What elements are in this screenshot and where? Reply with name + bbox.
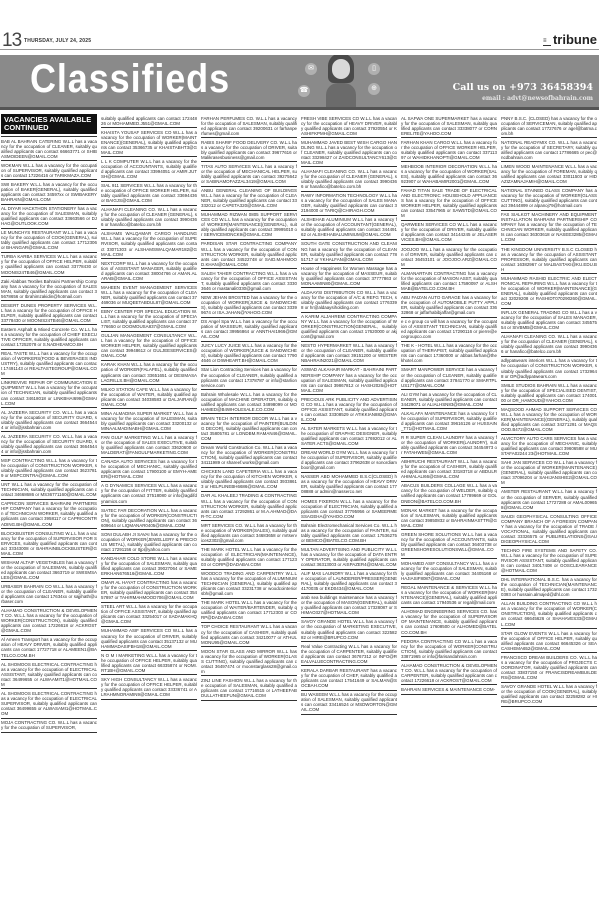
logo-text: tribune xyxy=(553,32,597,47)
classified-ad: ABHIRUCHI RESTAURANT W.L.L has a vacancy… xyxy=(401,457,497,481)
classified-ad: SWI BAKERY W.L.L has a vacancy for the o… xyxy=(1,179,97,203)
classified-ad: RABIS SHARIF FOOD DELIVERY CO. W.L.L has… xyxy=(201,137,297,161)
classified-ad: PRECIOUS ARK PUBLICITY AND ADVERTISING C… xyxy=(301,394,397,423)
classified-ad: NASSER ABD MOHAMMED B.S.C(CLOSED) has a … xyxy=(301,472,397,496)
call-number: Call us on +973 36458394 xyxy=(453,82,593,93)
classified-ad: TECHNO FIRE SYSTEMS AND SAFETY CO. W.L.L… xyxy=(501,545,597,574)
column-divider xyxy=(301,714,397,715)
classified-ad: SKY HIGH CONSULTANCY W.L.L has a vacancy… xyxy=(101,674,197,698)
classified-ad: REAL TASTE W.L.L has a vacancy for the o… xyxy=(1,349,97,378)
newspaper-logo: ≡tribune xyxy=(543,32,597,47)
classified-ad: ALKALAFA MAINTENANCE has a vacancy for t… xyxy=(401,408,497,432)
classified-ad: NESTO HYPERMARKET W.L.L has a vacancy fo… xyxy=(301,341,397,365)
classified-ad: TURBA KARBA SERVICES W.L.L has a vacancy… xyxy=(1,252,97,276)
classified-ad: ALLAN BUILDING CONTRACTING CO W.L.L has … xyxy=(501,599,597,628)
classified-ad: MOON STAR GLASS AND MIRROR W.L.L has a v… xyxy=(201,646,297,675)
classified-ad: LE MUNCHYS RESTAURANT W.L.L has a vacanc… xyxy=(1,228,97,252)
classified-ad: AMSTER RESTAURANT W.L.L has a vacancy fo… xyxy=(501,487,597,511)
classified-column: AL SAFWA ONE SUPERMARKET has a vacancy f… xyxy=(400,114,498,900)
classified-ad: AL DIYAR HACKTHON STATIONERY has a vacan… xyxy=(1,204,97,228)
column-divider xyxy=(101,699,197,700)
mascot-illustration xyxy=(316,55,366,110)
classified-ad: AL JAZEERA SECURITY CO. W.L.L has a vaca… xyxy=(1,431,97,455)
classified-ad: BU WASEEM W.L.L has a vacancy for the oc… xyxy=(301,690,397,714)
column-divider xyxy=(201,700,297,701)
classified-ad: DHL INTERNATIONAL B.S.C. has a vacancy f… xyxy=(501,575,597,599)
globe-icon: ⊕ xyxy=(368,83,380,95)
column-divider xyxy=(401,694,497,695)
classified-ad: INFLUX GENERAL TRADING CO W.L.L has a va… xyxy=(501,308,597,332)
classified-ad: NATIONAL READYMIX CO. W.L.L has a vacanc… xyxy=(501,137,597,161)
classified-ad: Zaki Alabbas Textiles Bahraini Partnersh… xyxy=(1,276,97,300)
classified-ad: LINKREVIVE REPAIR OF COMMUNICATION EQUIP… xyxy=(1,378,97,407)
classified-ad: EBNY CENTER FOR SPECIAL EDUCATION W.L.L … xyxy=(101,307,197,331)
issue-date: THURSDAY, JULY 24, 2025 xyxy=(24,38,91,44)
classified-ad: PARDISAN STAR CONTRACTING COMPANY W.L.L … xyxy=(201,239,297,268)
classified-column: PNNY B.S.C. (CLOSED) has a vacancy for t… xyxy=(500,114,598,900)
classified-ad: REGAL MAINTENANCE & SERVICES W.L.L has a… xyxy=(401,583,497,607)
classified-ad: UNT W.L.L has a vacancy for the occupati… xyxy=(1,480,97,499)
classified-ad: AL SATER MARKETS W.L.L has a vacancy for… xyxy=(301,423,397,447)
classified-ad: MONAK MARKET has a vacancy for the occup… xyxy=(401,505,497,529)
classified-ad: KANDAHAR COLD STORE W.L.L has a vacancy … xyxy=(101,553,197,577)
classified-ad: LIMEN WOOD MAINTENANCE W.L.L has a vacan… xyxy=(501,161,597,185)
classified-ad: KERALA DARBAR RESTAURANT has a vacancy f… xyxy=(301,665,397,689)
classified-ad: THE MARK HOTEL W.L.L has a vacancy for t… xyxy=(201,598,297,622)
classified-ad: MAHEEN EVENT MANAGEMENT SERVICES W.L.L h… xyxy=(101,282,197,306)
section-heading: VACANCIES AVAILABLE CONTINUED xyxy=(1,114,97,134)
classified-ad: WOODCO TRADING AND CARPENTRY W.L.L has a… xyxy=(201,569,297,598)
classified-ad: THE KINGDOM UNIVERSITY B.S.C CLOSED has … xyxy=(501,244,597,273)
classified-column: FARHAN PERFUMES CO. W.L.L has a vacancy … xyxy=(200,114,298,900)
classified-ad: THE MARK HOTEL W.L.L has a vacancy for t… xyxy=(201,544,297,568)
classified-ad: THE K - HOTEL W.L.L has a vacancy for th… xyxy=(401,341,497,365)
classified-ad: CAPRICON SERVICES BAHRAINI PARTNERSHIP C… xyxy=(1,499,97,528)
classified-ad: L L K COMPUTER W.L.L has a vacancy for t… xyxy=(101,156,197,180)
classified-ad: ALHAMAD CONSTRUCTION & DEVELOPMENT CO. W… xyxy=(401,660,497,684)
classified-ad: AL SHOMOOS ELECTRICAL CONTRACTING has a … xyxy=(1,659,97,688)
banner-title: Classifieds xyxy=(30,57,230,102)
classified-ad: A G DYNAMICS SERVICES W.L.L has a vacanc… xyxy=(101,481,197,505)
classified-ad: Star Lion Contracting Services has a vac… xyxy=(201,365,297,389)
classified-ad: AL JAZEERA SECURITY CO. W.L.L has a vaca… xyxy=(1,407,97,431)
classified-ad: MILKO STATION CAFE W.L.L has a vacancy f… xyxy=(101,384,197,408)
classified-ad: SIATEC FAR DECORATION W.L.L has a vacanc… xyxy=(101,505,197,529)
classified-ad: QARWEEN SERVICES CO W.L.L has a vacancy … xyxy=(401,220,497,244)
classified-ad: ALDAAYSI DISTRIBUTION CO W.L.L has a vac… xyxy=(301,287,397,311)
classified-ad: NATIONAL STAINED GLASS COMPANY has a vac… xyxy=(501,186,597,210)
classified-ad: MINA ALMADINA SUPER MARKET W.L.L has a v… xyxy=(101,408,197,432)
masthead: 13 THURSDAY, JULY 24, 2025 ≡tribune xyxy=(0,28,599,50)
classified-ad: SIAL 911 SERVICES W.L.L has a vacancy fo… xyxy=(101,181,197,205)
mobile-icon: ▯ xyxy=(368,63,380,75)
classified-ad: FRANCISCO DREAM BUILDERS CO. W.L.L has a… xyxy=(501,652,597,681)
classified-ad: ALMANARTAIN CONTRACTING has a vacancy fo… xyxy=(401,268,497,292)
classified-ad: CANADA AUTO SERVICES has a vacancy for t… xyxy=(101,457,197,481)
classified-ad: MOJA CONTRACTING CO. W.L.L has a vacancy… xyxy=(1,718,97,732)
classified-ad: NEXTCORP W.L.L has a vacancy for the occ… xyxy=(101,258,197,282)
classified-ad: R R SUPER CLEAN LAUNDRY has a vacancy fo… xyxy=(401,432,497,456)
classified-ad: AL SAFWA ONE SUPERMARKET has a vacancy f… xyxy=(401,114,497,137)
classified-ad: ALI GYM has a vacancy for the occupation… xyxy=(401,389,497,408)
classified-ad: STAR GLOW EVENTS W.L.L has a vacancy for… xyxy=(501,628,597,652)
classified-ad: ALHANAFI CLEANING CO. W.L.L has a vacanc… xyxy=(301,166,397,190)
classified-ad: SONI DULABH JI SAVAI has a vacancy for t… xyxy=(101,529,197,553)
classified-ad: TITAS AUTO SERVICES W.L.L has a vacancy … xyxy=(201,161,297,185)
classified-ad: SOUTH GATE CONSTRUCTION AND CLEANING has… xyxy=(301,239,397,263)
classified-ad: BRAIN TECH INTERIOR DECOR W.L.L has a va… xyxy=(201,413,297,442)
classified-ad: ALSHAMS WALQAMAR CARGO HANDLING W.L.L ha… xyxy=(101,229,197,258)
classified-ad: A KARIM ALJAHREMI CONTRACTING COMPANY W.… xyxy=(301,312,397,341)
classified-ad: URBASER BAHRAIN CO W.L.L has a vacancy f… xyxy=(1,581,97,605)
classified-ad: MULTAN ADVERTISING AND PUBLICITY W.L.L h… xyxy=(301,544,397,568)
classified-ad: OMAR AL HAYAT CONTRACTING has a vacancy … xyxy=(101,578,197,602)
classified-ad: BAHRAIN SERVICES & MAINTENANCE COM- xyxy=(401,684,497,693)
classified-ad: CHICKEN LAND CAFETERIA W.L.L has a vacan… xyxy=(201,467,297,491)
classified-columns: VACANCIES AVAILABLE CONTINUEDBAB AL BAHR… xyxy=(0,114,599,900)
classified-ad: BLOCKBUSTER CONSULTING W.L.L has a vacan… xyxy=(1,528,97,557)
contact-email: email : advt@newsofbahrain.com xyxy=(482,95,593,102)
classified-column: FRESH VIBE SERVICES CO W.L.L has a vacan… xyxy=(300,114,398,900)
classified-ad: MUHAMMAD RASHID ELECTRIC AND ELECTRONICA… xyxy=(501,273,597,307)
classified-ad: FAS SIALKOT MACHINERY AND EQUIPMENT INST… xyxy=(501,210,597,244)
classified-ad: MUHAMMAD RIZWAN 0805 SUPPORT SERVICES CO… xyxy=(201,210,297,239)
classified-ad: ALHANAFI CLEANING CO. W.L.L has a vacanc… xyxy=(101,205,197,229)
classified-ad: FARHAN PERFUMES CO. W.L.L has a vacancy … xyxy=(201,114,297,137)
classified-ad: MRT SERVICES CO. W.L.L has a vacancy for… xyxy=(201,520,297,544)
classified-ad: House of Happiness for Women Massage has… xyxy=(301,263,397,287)
classified-ad: WISHAM ALTAIF VEGETABLES has a vacancy f… xyxy=(1,557,97,581)
classified-ad: arab sea buildings maintenance has a vac… xyxy=(301,593,397,617)
classified-ad: ALHANAFI CLEANING CO. W.L.L has a vacanc… xyxy=(501,332,597,356)
classified-column: VACANCIES AVAILABLE CONTINUEDBAB AL BAHR… xyxy=(0,114,98,900)
classified-ad: Bahrain Electromechanical Services Co. W… xyxy=(301,520,397,544)
column-divider xyxy=(1,732,97,733)
classified-ad: DESERT DUNES PROPERTY SERVICES W.L.L has… xyxy=(1,300,97,324)
classified-ad: MSP CONTRACTING W.L.L has a vacancy for … xyxy=(1,455,97,479)
classified-ad: Bahrain Wholesale W.L.L has a vacancy fo… xyxy=(201,389,297,413)
classified-ad: ASWAD ALKAHAIR MARKAT - BAHRAINI PARTNER… xyxy=(301,365,397,394)
classified-ad: DREAM WORLD GYM W.L.L has a vacancy for … xyxy=(301,448,397,472)
phone-icon: ☎ xyxy=(298,85,310,97)
classified-column: suitably qualified applicants can contac… xyxy=(100,114,198,900)
classified-ad: MOHAMED ASIF CONSULTANCY W.L.L has a vac… xyxy=(401,558,497,582)
classified-ad: SALEH TAHER CONTRACTING W.L.L has a vaca… xyxy=(201,268,297,292)
classified-ad: SMART MANPOWER SERVICE has a vacancy for… xyxy=(401,365,497,389)
classified-ad: DS Angel Spa W.L.L has a vacancy for the… xyxy=(201,317,297,341)
classified-ad: FEDORA CONTRACTING CO W.L.L has a vacanc… xyxy=(401,636,497,660)
classified-ad: FARHAN KHAN CARGO W.L.L has a vacancy fo… xyxy=(401,137,497,161)
classified-ad: ZINJ LINE FASHION W.L.L has a vacancy fo… xyxy=(201,675,297,699)
classified-ad: GREEN SHORE SOLUTIONS W.L.L has a vacanc… xyxy=(401,529,497,558)
classified-ad: Dream World Construction Co. W.L.L has a… xyxy=(201,443,297,467)
classified-ad: JUICY LUCY JUICE W.L.L has a vacancy for… xyxy=(201,341,297,365)
classified-ad: ABACUS BUILDERS COLLAGE W.L.L has a vaca… xyxy=(401,481,497,505)
classified-ad: TOP CHOICE RESTAURANT W.L.L has a vacanc… xyxy=(201,622,297,646)
classified-ad: Eastern Asphalt & Mixed Concrete Co. W.L… xyxy=(1,324,97,348)
classified-ad: AL SHOMOOS ELECTRICAL CONTRACTING has a … xyxy=(1,688,97,717)
classified-ad: ABU FAIZAN AUTO GARAGE has a vacancy for… xyxy=(401,292,497,316)
logo-mark-icon: ≡ xyxy=(543,38,551,46)
classified-ad: WOKMAN W.L.L has a vacancy for the occup… xyxy=(1,160,97,179)
classified-ad: BAB AL BAHRAIN CATERING W.L.L has a vaca… xyxy=(1,136,97,160)
classified-ad: NEW JEHAN BROSTED has a vacancy for the … xyxy=(201,292,297,316)
classified-ad: RAWY INFORMATION TECHNOLOGY W.L.L has a … xyxy=(301,191,397,215)
classified-ad: N O M I MARKETING W.L.L has a vacancy fo… xyxy=(101,650,197,674)
classified-ad: MEHBOOB INTERIOR DECORATION W.L.L has a … xyxy=(401,161,497,185)
classified-ad: ALHAMAD CONSTRUCTION & DEVELOPMENT CO. W… xyxy=(1,606,97,635)
classified-ad: PNNY B.S.C. (CLOSED) has a vacancy for t… xyxy=(501,114,597,137)
classified-ad: FRESH VIBE SERVICES CO W.L.L has a vacan… xyxy=(301,114,397,137)
classified-ad: ALIF MAS LAUNDRY W.L.L has a vacancy for… xyxy=(301,569,397,593)
classified-ad: ALVICTORY AUTO CARS SERVICES has a vacan… xyxy=(501,434,597,458)
classified-ad: GULJAN MANAGEMENT CONSULTANCY W.L.L has … xyxy=(101,331,197,360)
classified-ad: MAQSOOD AHMAD SUPPORT SERVICES CO W.L.L … xyxy=(501,404,597,433)
classified-ad: FAHAD TITAN SALE TRADE OF ELECTRICAL AND… xyxy=(401,186,497,220)
classified-ad: ALHOMAD ENGINEERING SERVICES CO. has a v… xyxy=(401,607,497,636)
column-divider xyxy=(501,706,597,707)
classified-ad: SAVOY GRANDE HOTEL W.L.L has a vacancy f… xyxy=(501,682,597,706)
classified-ad: Real Value Contracting W.L.L has a vacan… xyxy=(301,641,397,665)
classified-ad: SAUDI GEOPHYSICAL CONSULTING OFFICE COMP… xyxy=(501,511,597,545)
classified-ad: suitably qualified applicants can contac… xyxy=(101,114,197,127)
classified-ad: e c e group co will has a vacancy for th… xyxy=(401,317,497,341)
classified-ad: Al Ameen Transport has a vacancy for the… xyxy=(1,635,97,659)
classified-ad: HOMES FIXERON W.L.L has a vacancy for th… xyxy=(301,496,397,520)
classified-ad: STEEL ART W.L.L has a vacancy for the oc… xyxy=(101,602,197,626)
classified-ad: MUHAMMAD ASIF SERVICES CO W.L.L has a va… xyxy=(101,626,197,650)
classified-ad: DAR AL KHALEEJ TRADING & CONTRACTING W.L… xyxy=(201,491,297,520)
classified-ad: MUHAMMAD JAVED BEST WISH CARGO HANDLING … xyxy=(301,137,397,166)
classified-ad: KARAK KHAN W.L.L has a vacancy for the o… xyxy=(101,360,197,384)
classified-ad: FAN GULF MARKETING W.L.L has a vacancy f… xyxy=(101,432,197,456)
classified-ad: SAHI JAN SERVICES CO W.L.L has a vacancy… xyxy=(501,458,597,487)
classified-ad: ALSHEHAB ALUMINIUM W.L.L has a vacancy f… xyxy=(301,215,397,239)
classified-ad: KHAISTA YOUSAF SERVICES CO W.L.L has a v… xyxy=(101,127,197,156)
page-number: 13 xyxy=(2,30,21,52)
classified-ad: adlypatwears interiors W.L.L has a vacan… xyxy=(501,356,597,380)
classified-ad: JOOJOO W.L.L has a vacancy for the occup… xyxy=(401,244,497,268)
classifieds-banner: Classifieds ✉ ☎ ▯ ⊕ Call us on +973 3645… xyxy=(0,55,599,110)
classified-ad: SMILE STUDIOS BAHRAIN W.L.L has a vacanc… xyxy=(501,380,597,404)
classified-ad: SAVOY GRANDE HOTEL W.L.L has a vacancy f… xyxy=(301,617,397,641)
classified-ad: ANBU GENERAL CLEANING OF BUILDINGS W.L.L… xyxy=(201,186,297,210)
